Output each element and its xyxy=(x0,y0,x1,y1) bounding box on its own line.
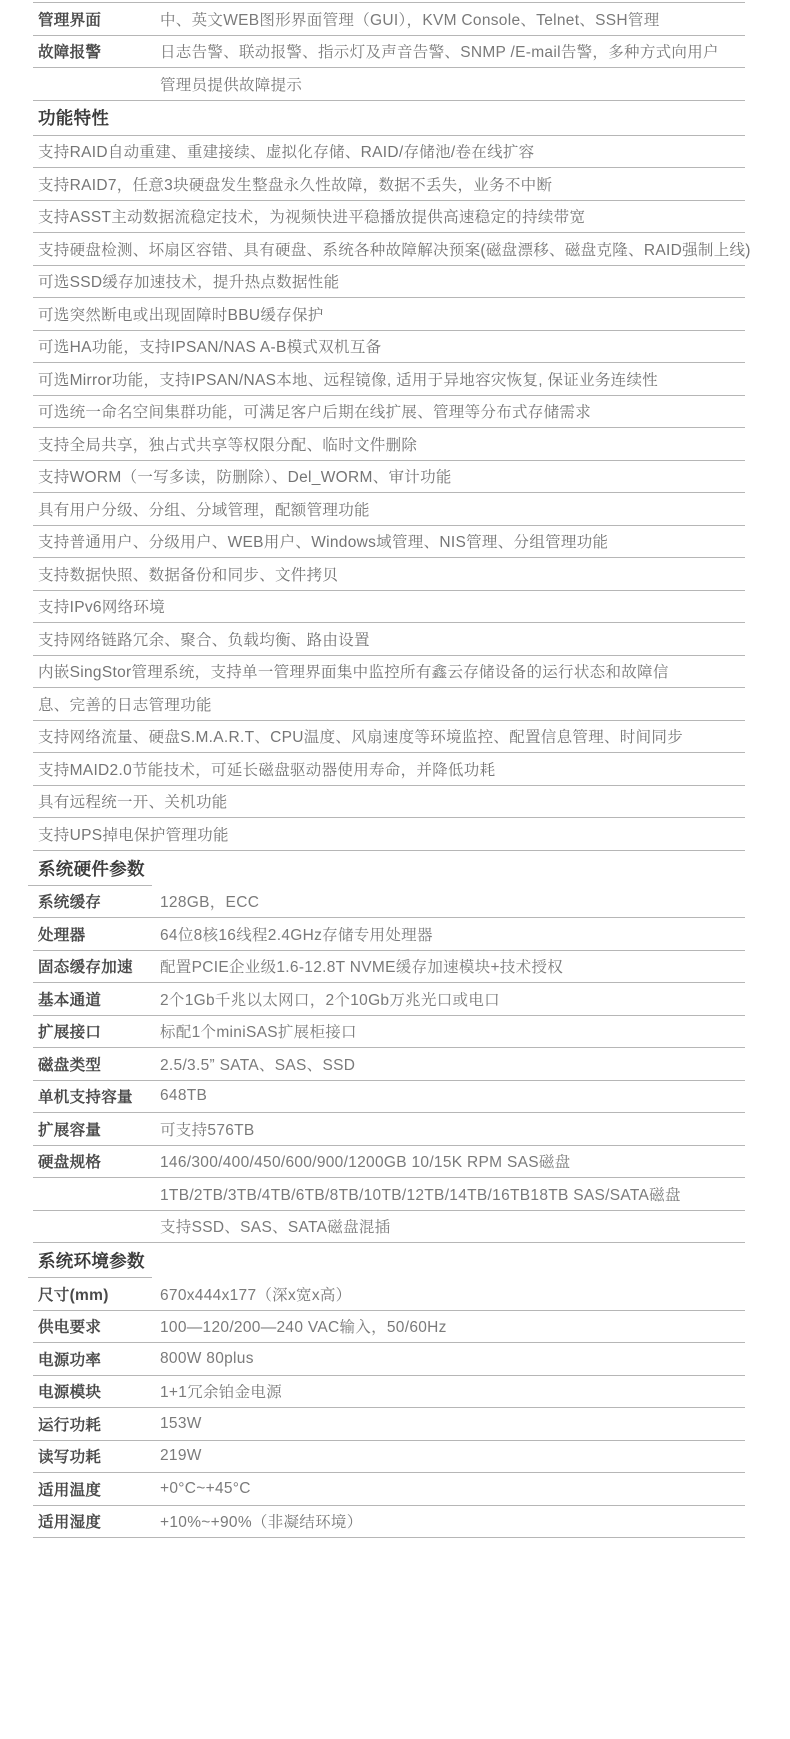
spec-row: 扩展接口标配1个miniSAS扩展柜接口 xyxy=(33,1016,745,1049)
feature-row: 支持WORM（一写多读，防删除）、Del_WORM、审计功能 xyxy=(33,461,745,494)
spec-row: 读写功耗219W xyxy=(33,1441,745,1474)
spec-value: 2.5/3.5” SATA、SAS、SSD xyxy=(160,1053,355,1075)
spec-value: 648TB xyxy=(160,1087,207,1105)
feature-row: 支持IPv6网络环境 xyxy=(33,591,745,624)
spec-row: 尺寸(mm)670x444x177（深x宽x高） xyxy=(33,1278,745,1311)
section-header-row: 系统硬件参数 xyxy=(33,851,745,886)
spec-label: 故障报警 xyxy=(38,40,160,62)
section-header-row: 系统环境参数 xyxy=(33,1243,745,1278)
spec-row: 基本通道2个1Gb千兆以太网口，2个10Gb万兆光口或电口 xyxy=(33,983,745,1016)
feature-text: 支持网络流量、硬盘S.M.A.R.T、CPU温度、风扇速度等环境监控、配置信息管… xyxy=(38,725,683,747)
spec-label: 固态缓存加速 xyxy=(38,955,160,977)
spec-label: 扩展容量 xyxy=(38,1118,160,1140)
spec-row: 单机支持容量648TB xyxy=(33,1081,745,1114)
spec-label: 单机支持容量 xyxy=(38,1085,160,1107)
feature-row: 内嵌SingStor管理系统，支持单一管理界面集中监控所有鑫云存储设备的运行状态… xyxy=(33,656,745,689)
spec-row: 扩展容量可支持576TB xyxy=(33,1113,745,1146)
spec-row: 管理员提供故障提示 xyxy=(33,68,745,101)
spec-label: 硬盘规格 xyxy=(38,1150,160,1172)
feature-text: 可选Mirror功能，支持IPSAN/NAS本地、远程镜像, 适用于异地容灾恢复… xyxy=(38,368,658,390)
spec-label: 电源模块 xyxy=(38,1380,160,1402)
section-title: 系统硬件参数 xyxy=(38,856,145,881)
feature-row: 支持硬盘检测、坏扇区容错、具有硬盘、系统各种故障解决预案(磁盘漂移、磁盘克隆、R… xyxy=(33,233,745,266)
feature-row: 可选突然断电或出现固障时BBU缓存保护 xyxy=(33,298,745,331)
spec-row: 运行功耗153W xyxy=(33,1408,745,1441)
spec-value: 管理员提供故障提示 xyxy=(160,73,302,95)
spec-label: 尺寸(mm) xyxy=(38,1283,160,1305)
spec-row: 1TB/2TB/3TB/4TB/6TB/8TB/10TB/12TB/14TB/1… xyxy=(33,1178,745,1211)
spec-row: 故障报警日志告警、联动报警、指示灯及声音告警、SNMP /E-mail告警，多种… xyxy=(33,36,745,69)
spec-label: 读写功耗 xyxy=(38,1445,160,1467)
section-header-row: 功能特性 xyxy=(33,101,745,136)
spec-value: 219W xyxy=(160,1447,202,1465)
spec-value: 146/300/400/450/600/900/1200GB 10/15K RP… xyxy=(160,1150,571,1172)
spec-row: 支持SSD、SAS、SATA磁盘混插 xyxy=(33,1211,745,1244)
feature-row: 支持RAID自动重建、重建接续、虚拟化存储、RAID/存储池/卷在线扩容 xyxy=(33,136,745,169)
spec-row: 适用温度+0°C~+45°C xyxy=(33,1473,745,1506)
feature-text: 具有用户分级、分组、分域管理，配额管理功能 xyxy=(38,498,370,520)
feature-row: 具有用户分级、分组、分域管理，配额管理功能 xyxy=(33,493,745,526)
spec-row: 磁盘类型2.5/3.5” SATA、SAS、SSD xyxy=(33,1048,745,1081)
spec-row: 系统缓存128GB，ECC xyxy=(33,886,745,919)
feature-row: 可选SSD缓存加速技术，提升热点数据性能 xyxy=(33,266,745,299)
spec-row: 管理界面中、英文WEB图形界面管理（GUI），KVM Console、Telne… xyxy=(33,3,745,36)
feature-text: 可选HA功能，支持IPSAN/NAS A-B模式双机互备 xyxy=(38,335,381,357)
spec-row: 硬盘规格146/300/400/450/600/900/1200GB 10/15… xyxy=(33,1146,745,1179)
spec-value: 可支持576TB xyxy=(160,1118,255,1140)
feature-text: 支持RAID自动重建、重建接续、虚拟化存储、RAID/存储池/卷在线扩容 xyxy=(38,140,534,162)
feature-row: 具有远程统一开、关机功能 xyxy=(33,786,745,819)
spec-value: 支持SSD、SAS、SATA磁盘混插 xyxy=(160,1215,390,1237)
feature-text: 支持网络链路冗余、聚合、负载均衡、路由设置 xyxy=(38,628,370,650)
feature-text: 支持全局共享，独占式共享等权限分配、临时文件删除 xyxy=(38,433,417,455)
spec-label: 管理界面 xyxy=(38,8,160,30)
feature-text: 支持RAID7，任意3块硬盘发生整盘永久性故障，数据不丢失，业务不中断 xyxy=(38,173,552,195)
spec-label: 适用温度 xyxy=(38,1478,160,1500)
section-title: 功能特性 xyxy=(38,105,109,130)
spec-value: 标配1个miniSAS扩展柜接口 xyxy=(160,1020,357,1042)
feature-row: 支持全局共享，独占式共享等权限分配、临时文件删除 xyxy=(33,428,745,461)
feature-text: 内嵌SingStor管理系统，支持单一管理界面集中监控所有鑫云存储设备的运行状态… xyxy=(38,660,669,682)
spec-row: 处理器64位8核16线程2.4GHz存储专用处理器 xyxy=(33,918,745,951)
feature-row: 支持RAID7，任意3块硬盘发生整盘永久性故障，数据不丢失，业务不中断 xyxy=(33,168,745,201)
feature-row: 支持ASST主动数据流稳定技术，为视频快进平稳播放提供高速稳定的持续带宽 xyxy=(33,201,745,234)
spec-label: 基本通道 xyxy=(38,988,160,1010)
feature-text: 可选统一命名空间集群功能，可满足客户后期在线扩展、管理等分布式存储需求 xyxy=(38,400,591,422)
feature-row: 可选统一命名空间集群功能，可满足客户后期在线扩展、管理等分布式存储需求 xyxy=(33,396,745,429)
feature-text: 具有远程统一开、关机功能 xyxy=(38,790,228,812)
feature-row: 支持网络流量、硬盘S.M.A.R.T、CPU温度、风扇速度等环境监控、配置信息管… xyxy=(33,721,745,754)
spec-value: 1TB/2TB/3TB/4TB/6TB/8TB/10TB/12TB/14TB/1… xyxy=(160,1183,681,1205)
feature-row: 支持网络链路冗余、聚合、负载均衡、路由设置 xyxy=(33,623,745,656)
spec-value: 670x444x177（深x宽x高） xyxy=(160,1283,351,1305)
spec-value: 1+1冗余铂金电源 xyxy=(160,1380,282,1402)
spec-row: 供电要求100—120/200—240 VAC输入，50/60Hz xyxy=(33,1311,745,1344)
spec-value: 中、英文WEB图形界面管理（GUI），KVM Console、Telnet、SS… xyxy=(160,8,660,30)
spec-label: 磁盘类型 xyxy=(38,1053,160,1075)
spec-label: 扩展接口 xyxy=(38,1020,160,1042)
feature-row: 可选Mirror功能，支持IPSAN/NAS本地、远程镜像, 适用于异地容灾恢复… xyxy=(33,363,745,396)
spec-value: 128GB，ECC xyxy=(160,890,259,912)
spec-value: 64位8核16线程2.4GHz存储专用处理器 xyxy=(160,923,433,945)
feature-text: 支持UPS掉电保护管理功能 xyxy=(38,823,229,845)
spec-label: 适用湿度 xyxy=(38,1510,160,1532)
spec-value: +10%~+90%（非凝结环境） xyxy=(160,1510,363,1532)
spec-value: 800W 80plus xyxy=(160,1350,254,1368)
spec-value: 100—120/200—240 VAC输入，50/60Hz xyxy=(160,1315,447,1337)
spec-row: 适用湿度+10%~+90%（非凝结环境） xyxy=(33,1506,745,1539)
feature-text: 支持IPv6网络环境 xyxy=(38,595,165,617)
feature-row: 支持MAID2.0节能技术，可延长磁盘驱动器使用寿命，并降低功耗 xyxy=(33,753,745,786)
spec-label: 运行功耗 xyxy=(38,1413,160,1435)
spec-label: 电源功率 xyxy=(38,1348,160,1370)
spec-row: 电源功率800W 80plus xyxy=(33,1343,745,1376)
feature-row: 支持UPS掉电保护管理功能 xyxy=(33,818,745,851)
feature-row: 息、完善的日志管理功能 xyxy=(33,688,745,721)
feature-row: 支持数据快照、数据备份和同步、文件拷贝 xyxy=(33,558,745,591)
feature-text: 支持数据快照、数据备份和同步、文件拷贝 xyxy=(38,563,338,585)
spec-row: 固态缓存加速配置PCIE企业级1.6-12.8T NVME缓存加速模块+技术授权 xyxy=(33,951,745,984)
feature-text: 支持普通用户、分级用户、WEB用户、Windows域管理、NIS管理、分组管理功… xyxy=(38,530,608,552)
spec-label: 系统缓存 xyxy=(38,890,160,912)
spec-value: +0°C~+45°C xyxy=(160,1480,251,1498)
spec-label: 处理器 xyxy=(38,923,160,945)
spec-value: 配置PCIE企业级1.6-12.8T NVME缓存加速模块+技术授权 xyxy=(160,955,563,977)
feature-text: 可选突然断电或出现固障时BBU缓存保护 xyxy=(38,303,324,325)
feature-text: 可选SSD缓存加速技术，提升热点数据性能 xyxy=(38,270,339,292)
spec-label: 供电要求 xyxy=(38,1315,160,1337)
spec-value: 153W xyxy=(160,1415,202,1433)
spec-value: 日志告警、联动报警、指示灯及声音告警、SNMP /E-mail告警，多种方式向用… xyxy=(160,40,719,62)
feature-text: 支持硬盘检测、坏扇区容错、具有硬盘、系统各种故障解决预案(磁盘漂移、磁盘克隆、R… xyxy=(38,238,751,260)
spec-value: 2个1Gb千兆以太网口，2个10Gb万兆光口或电口 xyxy=(160,988,500,1010)
feature-row: 支持普通用户、分级用户、WEB用户、Windows域管理、NIS管理、分组管理功… xyxy=(33,526,745,559)
spec-row: 电源模块1+1冗余铂金电源 xyxy=(33,1376,745,1409)
spec-table: 管理界面中、英文WEB图形界面管理（GUI），KVM Console、Telne… xyxy=(33,2,745,1538)
section-title: 系统环境参数 xyxy=(38,1248,145,1273)
feature-text: 支持MAID2.0节能技术，可延长磁盘驱动器使用寿命，并降低功耗 xyxy=(38,758,495,780)
feature-text: 支持ASST主动数据流稳定技术，为视频快进平稳播放提供高速稳定的持续带宽 xyxy=(38,205,585,227)
feature-text: 支持WORM（一写多读，防删除）、Del_WORM、审计功能 xyxy=(38,465,452,487)
feature-row: 可选HA功能，支持IPSAN/NAS A-B模式双机互备 xyxy=(33,331,745,364)
feature-text: 息、完善的日志管理功能 xyxy=(38,693,212,715)
